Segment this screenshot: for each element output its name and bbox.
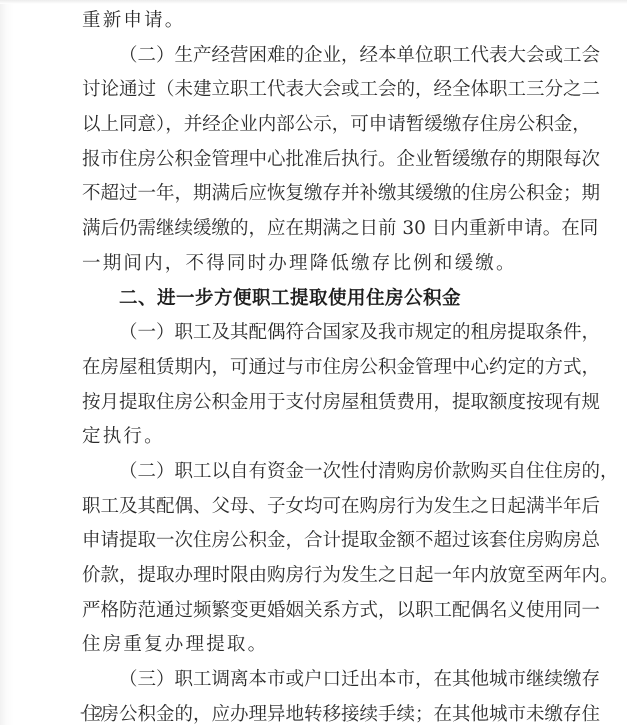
text-line: 严格防范通过频繁变更婚姻关系方式，以职工配偶名义使用同一 (82, 594, 554, 629)
document-body: 重新申请。 （二）生产经营困难的企业，经本单位职工代表大会或工会 讨论通过（未建… (82, 4, 554, 725)
section-heading: 二、进一步方便职工提取使用住房公积金 (82, 282, 554, 317)
text-line: 按月提取住房公积金用于支付房屋租赁费用，提取额度按现有规 (82, 386, 554, 421)
text-line: 职工及其配偶、父母、子女均可在购房行为发生之日起满半年后 (82, 490, 554, 525)
text-line: 满后仍需继续缓缴的，应在期满之日前 30 日内重新申请。在同 (82, 212, 554, 247)
text-line: 住房公积金的，应办理异地转移接续手续；在其他城市未缴存住 (82, 698, 554, 725)
text-line: 重新申请。 (82, 4, 554, 39)
paragraph-2-2-start: （二）职工以自有资金一次性付清购房价款购买自住住房的， (82, 455, 554, 490)
text-line: 讨论通过（未建立职工代表大会或工会的，经全体职工三分之二 (82, 73, 554, 108)
text-line: 以上同意），并经企业内部公示，可申请暂缓缴存住房公积金， (82, 108, 554, 143)
text-line: 一期间内，不得同时办理降低缴存比例和缓缴。 (82, 247, 554, 282)
paragraph-2-1-start: （一）职工及其配偶符合国家及我市规定的租房提取条件， (82, 316, 554, 351)
text-line: 报市住房公积金管理中心批准后执行。企业暂缓缴存的期限每次 (82, 143, 554, 178)
paragraph-2-start: （二）生产经营困难的企业，经本单位职工代表大会或工会 (82, 39, 554, 74)
text-line: 住房重复办理提取。 (82, 628, 554, 663)
text-line: 定执行。 (82, 420, 554, 455)
text-line: 申请提取一次住房公积金，合计提取金额不超过该套住房购房总 (82, 524, 554, 559)
paragraph-2-3-start: （三）职工调离本市或户口迁出本市，在其他城市继续缴存 (82, 663, 554, 698)
page-number: - 2 - (80, 703, 119, 721)
text-line: 在房屋租赁期内，可通过与市住房公积金管理中心约定的方式， (82, 351, 554, 386)
text-line: 价款，提取办理时限由购房行为发生之日起一年内放宽至两年内。 (82, 559, 554, 594)
text-line: 不超过一年，期满后应恢复缴存并补缴其缓缴的住房公积金；期 (82, 177, 554, 212)
document-page: 重新申请。 （二）生产经营困难的企业，经本单位职工代表大会或工会 讨论通过（未建… (0, 0, 627, 725)
